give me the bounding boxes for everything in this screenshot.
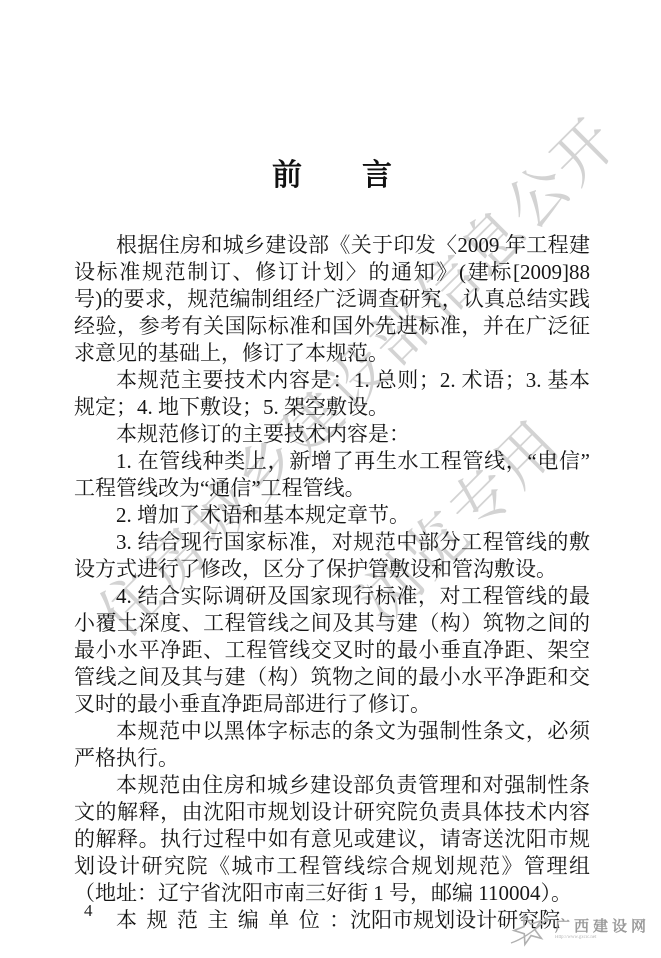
paragraph-8: 本规范中以黑体字标志的条文为强制性条文，必须严格执行。 xyxy=(74,718,590,772)
paragraph-2: 本规范主要技术内容是：1. 总则；2. 术语；3. 基本规定；4. 地下敷设；5… xyxy=(74,367,590,421)
paragraph-9: 本规范由住房和城乡建设部负责管理和对强制性条文的解释，由沈阳市规划设计研究院负责… xyxy=(74,772,590,907)
logo-tagline: Http://www.gxcic.net xyxy=(555,935,631,941)
paragraph-7: 4. 结合实际调研及国家现行标准，对工程管线的最小覆土深度、工程管线之间及其与建… xyxy=(74,583,590,718)
page-number: 4 xyxy=(84,901,93,921)
page-content: 前 言 根据住房和城乡建设部《关于印发〈2009 年工程建设标准规范制订、修订计… xyxy=(74,160,590,934)
site-logo: 广西建设网 Http://www.gxcic.net xyxy=(510,908,650,955)
document-page: 住房城乡建设部信息公开 浏览专用 前 言 根据住房和城乡建设部《关于印发〈200… xyxy=(0,0,661,958)
paragraph-5: 2. 增加了术语和基本规定章节。 xyxy=(74,502,590,529)
logo-text-block: 广西建设网 Http://www.gxcic.net xyxy=(555,908,650,942)
star-swoosh-icon xyxy=(510,908,550,955)
page-title: 前 言 xyxy=(74,160,590,192)
chief-editor-label: 本规范主编单位 xyxy=(116,908,329,932)
chief-editor-colon: ： xyxy=(329,908,350,932)
logo-site-name: 广西建设网 xyxy=(555,919,650,935)
paragraph-1: 根据住房和城乡建设部《关于印发〈2009 年工程建设标准规范制订、修订计划〉的通… xyxy=(74,232,590,367)
paragraph-3: 本规范修订的主要技术内容是： xyxy=(74,421,590,448)
paragraph-4: 1. 在管线种类上，新增了再生水工程管线，“电信”工程管线改为“通信”工程管线。 xyxy=(74,448,590,502)
paragraph-6: 3. 结合现行国家标准，对规范中部分工程管线的敷设方式进行了修改，区分了保护管敷… xyxy=(74,529,590,583)
